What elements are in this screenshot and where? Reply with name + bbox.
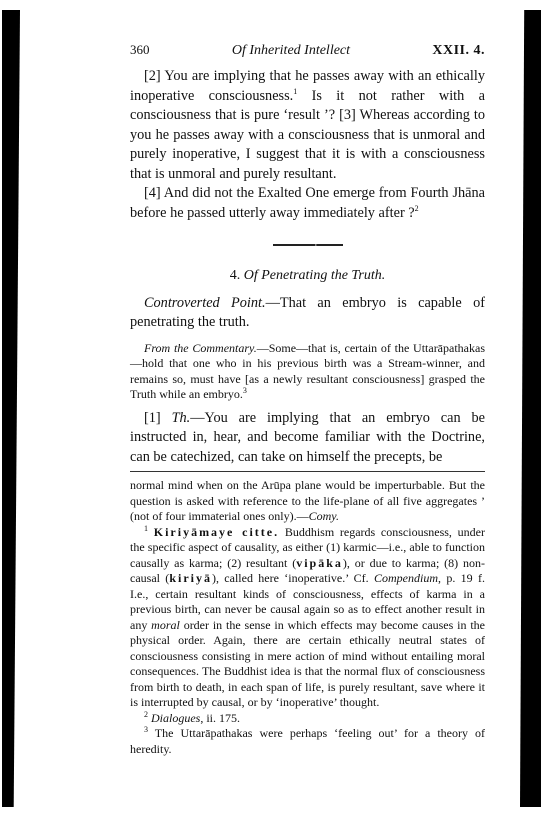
scan-border-right xyxy=(520,10,541,807)
footnote-text: normal mind when on the Arūpa plane woul… xyxy=(130,478,485,523)
controverted-point-label: Controverted Point. xyxy=(144,295,266,311)
footnote-carryover: normal mind when on the Arūpa plane woul… xyxy=(130,478,485,525)
footnote-marker-2: 2 xyxy=(144,710,148,719)
controverted-point: Controverted Point.—That an embryo is ca… xyxy=(130,294,485,333)
pali-term: Kiriyāmaye citte. xyxy=(154,525,279,539)
scan-border-left xyxy=(2,10,20,807)
main-text: [2] You are implying that he passes away… xyxy=(130,67,485,467)
footnote-ref-2[interactable]: 2 xyxy=(415,204,419,213)
section-heading: 4. Of Penetrating the Truth. xyxy=(130,266,485,286)
footnote-text: order in the sense in which effects may … xyxy=(130,618,485,710)
running-head: 360 Of Inherited Intellect XXII. 4. xyxy=(130,42,485,62)
section-number: 4. xyxy=(230,268,241,283)
section-reference: XXII. 4. xyxy=(432,43,485,59)
reference-compendium: Compendium xyxy=(374,571,438,585)
pali-term-kiriya: kiriyā xyxy=(169,571,212,585)
footnote-text: ), called here ‘inoperative.’ Cf. xyxy=(212,571,374,585)
section-divider-ornament xyxy=(273,244,343,246)
section-title: Of Penetrating the Truth. xyxy=(244,268,386,283)
footnote-3: 3 The Uttarāpathakas were perhaps ‘feeli… xyxy=(130,726,485,757)
emphasis-moral: moral xyxy=(151,618,180,632)
theravadin-label: Th. xyxy=(172,410,191,426)
footnotes: normal mind when on the Arūpa plane woul… xyxy=(130,478,485,757)
footnote-ref-3[interactable]: 3 xyxy=(243,386,247,395)
page-number: 360 xyxy=(130,42,150,58)
footnote-source: Comy. xyxy=(309,509,339,523)
commentary: From the Commentary.—Some—that is, certa… xyxy=(130,341,485,403)
book-page: 360 Of Inherited Intellect XXII. 4. [2] … xyxy=(130,42,485,757)
footnote-marker-1: 1 xyxy=(144,524,148,533)
footnote-rule xyxy=(130,471,485,472)
commentary-label: From the Commentary. xyxy=(144,341,257,355)
paragraph-2-3: [2] You are implying that he passes away… xyxy=(130,67,485,184)
footnote-2: 2 Dialogues, ii. 175. xyxy=(130,711,485,727)
pali-term-vipaka: vipāka xyxy=(296,556,343,570)
reference-dialogues: Dialogues xyxy=(151,711,200,725)
footnote-1: 1 Kiriyāmaye citte. Buddhism regards con… xyxy=(130,525,485,711)
paragraph-number: [1] xyxy=(144,410,161,426)
footnote-text: The Uttarāpathakas were perhaps ‘feeling… xyxy=(130,726,485,756)
footnote-text: , ii. 175. xyxy=(200,711,240,725)
theravadin-paragraph: [1] Th.—You are implying that an embryo … xyxy=(130,409,485,468)
running-title: Of Inherited Intellect xyxy=(232,43,350,59)
paragraph-text: [4] And did not the Exalted One emerge f… xyxy=(130,185,485,221)
paragraph-4: [4] And did not the Exalted One emerge f… xyxy=(130,184,485,223)
